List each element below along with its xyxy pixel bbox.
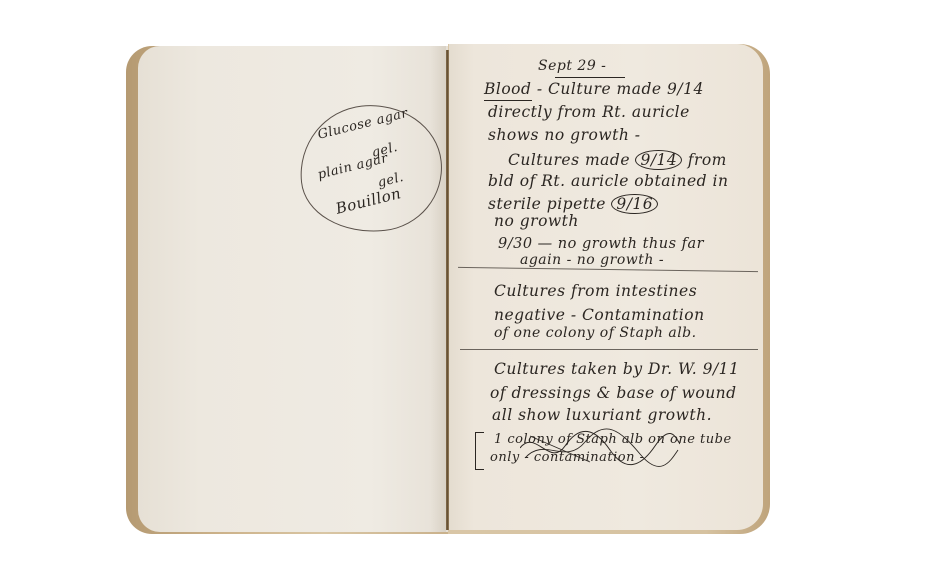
circled-date: 9/16: [611, 194, 658, 214]
heading-underline: [555, 77, 625, 78]
entry-text: from: [688, 151, 727, 169]
entry-line: of dressings & base of wound: [490, 384, 737, 402]
entry-line: Cultures made 9/14 from: [508, 150, 727, 170]
binding-gutter: [446, 50, 449, 530]
entry-line: shows no growth -: [488, 126, 640, 144]
entry-line: all show luxuriant growth.: [492, 406, 712, 424]
notebook: Glucose agar gel. plain agar gel. Bouill…: [0, 0, 926, 578]
page-heading-date: Sept 29 -: [538, 58, 606, 74]
entry-line: Blood - Culture made 9/14: [484, 80, 704, 98]
entry-line: negative - Contamination: [494, 306, 705, 324]
entry-line: 9/30 — no growth thus far: [498, 236, 704, 252]
entry-line: no growth: [494, 212, 579, 230]
scribble-strikethrough: [520, 428, 680, 468]
entry-text: Cultures made: [508, 151, 630, 169]
entry-text: sterile pipette: [488, 195, 606, 213]
entry-line: again - no growth -: [520, 252, 664, 268]
entry-line: Cultures taken by Dr. W. 9/11: [494, 360, 739, 378]
blood-underline: [484, 100, 532, 101]
entry-line: directly from Rt. auricle: [488, 103, 690, 121]
section-divider: [460, 349, 758, 350]
entry-line: bld of Rt. auricle obtained in: [488, 172, 728, 190]
entry-line: sterile pipette 9/16: [488, 194, 658, 214]
entry-line: of one colony of Staph alb.: [494, 325, 697, 341]
circled-date: 9/14: [635, 150, 682, 170]
bracket-mark: [475, 432, 484, 470]
gutter-shadow: [430, 46, 446, 532]
entry-line: Cultures from intestines: [494, 282, 697, 300]
